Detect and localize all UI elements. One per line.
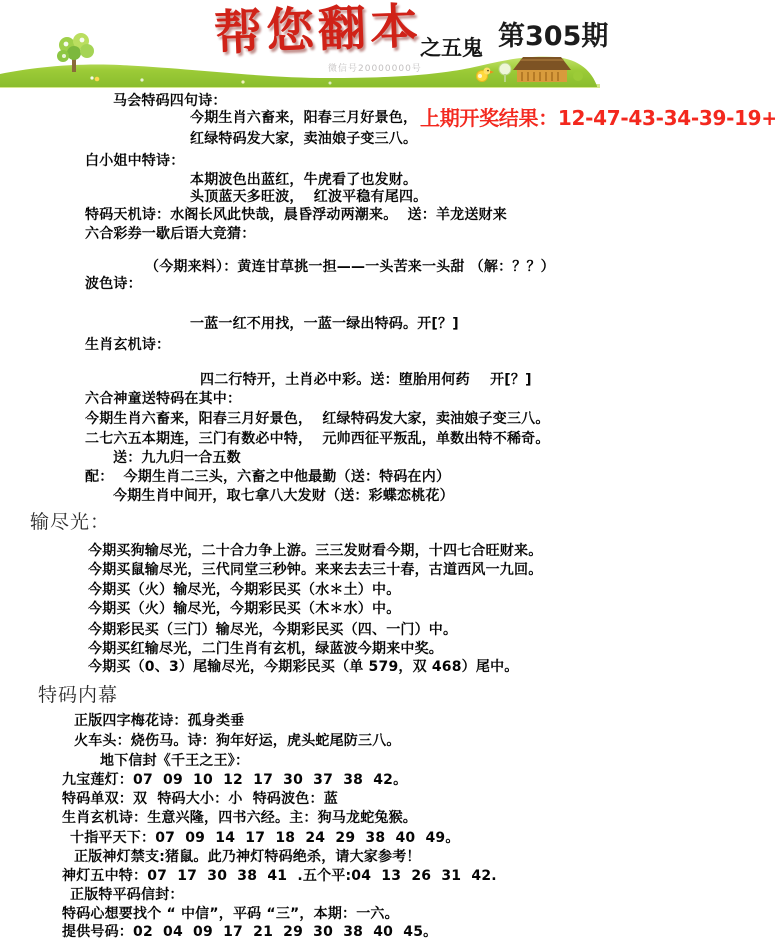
flower-icon	[95, 77, 100, 82]
section-heading-shujinguang: 输尽光：	[30, 511, 110, 533]
text-line: 六合神童送特码在其中：	[85, 391, 241, 408]
last-draw-numbers: 12-47-43-34-39-19+48	[558, 106, 775, 130]
grass-dot	[90, 76, 93, 79]
text-line: 送：九九归一合五数	[113, 450, 241, 467]
text-line: 今期生肖中间开，取七拿八大发财（送：彩蝶恋桃花）	[113, 488, 454, 505]
text-line: 今期生肖六畜来，阳春三月好景色，	[190, 110, 417, 127]
text-line: 今期买（火）输尽光，今期彩民买（木＊水）中。	[88, 601, 400, 618]
text-line: 今期买鼠输尽光，三代同堂三秒钟。来来去去三十春，古道西风一九回。	[88, 562, 542, 579]
grass-dot	[329, 82, 332, 85]
text-line: 马会特码四句诗：	[113, 93, 227, 110]
page-title-suffix: 之五鬼	[420, 36, 483, 60]
page-title: 帮您翻本	[213, 0, 423, 62]
last-draw-result: 上期开奖结果：12-47-43-34-39-19+48	[420, 106, 775, 130]
text-line: 二七六五本期连，三门有数必中特， 元帅西征平叛乱，单数出特不稀奇。	[85, 431, 550, 448]
text-line: 特码天机诗：水阁长风此快哉，晨昏浮动两潮来。 送：羊龙送财来	[85, 207, 507, 224]
text-line: 一蓝一红不用找，一蓝一绿出特码。开[？]	[190, 316, 459, 333]
text-line: 生肖玄机诗：生意兴隆，四书六经。主：狗马龙蛇兔猴。	[62, 810, 417, 827]
page: 帮您翻本 之五鬼 第305期 微信号20000000号 上期开奖结果：12-47…	[0, 0, 775, 942]
text-line: 本期波色出蓝红，牛虎看了也发财。	[190, 172, 417, 189]
text-line: 九宝莲灯：07 09 10 12 17 30 37 38 42。	[62, 772, 407, 789]
text-line: 红绿特码发大家，卖油娘子变三八。	[190, 131, 417, 148]
text-line: 今期买（火）输尽光，今期彩民买（水＊土）中。	[88, 582, 400, 599]
last-draw-label: 上期开奖结果：	[420, 106, 558, 130]
watermark-text: 微信号20000000号	[328, 64, 422, 75]
text-line: 今期买红输尽光，二门生肖有玄机，绿蓝波今期来中奖。	[88, 641, 443, 658]
text-line: 正版四字梅花诗：孤身类垂	[74, 713, 244, 730]
text-line: （今期来料）：黄连甘草挑一担——一头苦来一头甜 （解：？？）	[145, 259, 555, 276]
text-line: 今期生肖六畜来，阳春三月好景色， 红绿特码发大家，卖油娘子变三八。	[85, 411, 550, 428]
text-line: 生肖玄机诗：	[85, 337, 170, 354]
grass-dot	[241, 80, 244, 83]
text-line: 今期彩民买（三门）输尽光，今期彩民买（四、一门）中。	[88, 622, 457, 639]
text-line: 神灯五中特：07 17 30 38 41 .五个平:04 13 26 31 42…	[62, 868, 497, 885]
text-line: 特码单双：双 特码大小：小 特码波色：蓝	[62, 791, 338, 808]
text-line: 六合彩券一歇后语大竞猜：	[85, 226, 255, 243]
text-line: 头顶蓝天多旺波， 红波平稳有尾四。	[190, 189, 427, 206]
text-line: 正版特平码信封：	[70, 887, 184, 904]
text-line: 正版神灯禁支:猪鼠。此乃神灯特码绝杀，请大家参考！	[74, 849, 421, 866]
text-line: 配： 今期生肖二三头，六畜之中他最勤（送：特码在内）	[85, 469, 450, 486]
grass-dot	[140, 78, 143, 81]
text-line: 今期买狗输尽光，二十合力争上游。三三发财看今期，十四七合旺财来。	[88, 543, 542, 560]
text-line: 特码心想要找个 “ 中信”，平码 “三”，本期：一六。	[62, 906, 399, 923]
text-line: 火车头：烧伤马。诗：狗年好运，虎头蛇尾防三八。	[74, 733, 401, 750]
text-line: 白小姐中特诗：	[85, 153, 184, 170]
text-line: 十指平天下：07 09 14 17 18 24 29 38 40 49。	[70, 830, 460, 847]
text-line: 四二行特开，土肖必中彩。送：堕胎用何药 开[？]	[200, 372, 532, 389]
text-line: 波色诗：	[85, 276, 142, 293]
section-heading-temaneimu: 特码内幕	[38, 684, 118, 706]
text-line: 地下信封《千王之王》：	[100, 753, 249, 770]
text-line: 今期买（0、3）尾输尽光，今期彩民买（单 579，双 468）尾中。	[88, 659, 518, 676]
text-line: 提供号码：02 04 09 17 21 29 30 38 40 45。	[62, 924, 437, 941]
issue-number: 第305期	[498, 22, 608, 52]
